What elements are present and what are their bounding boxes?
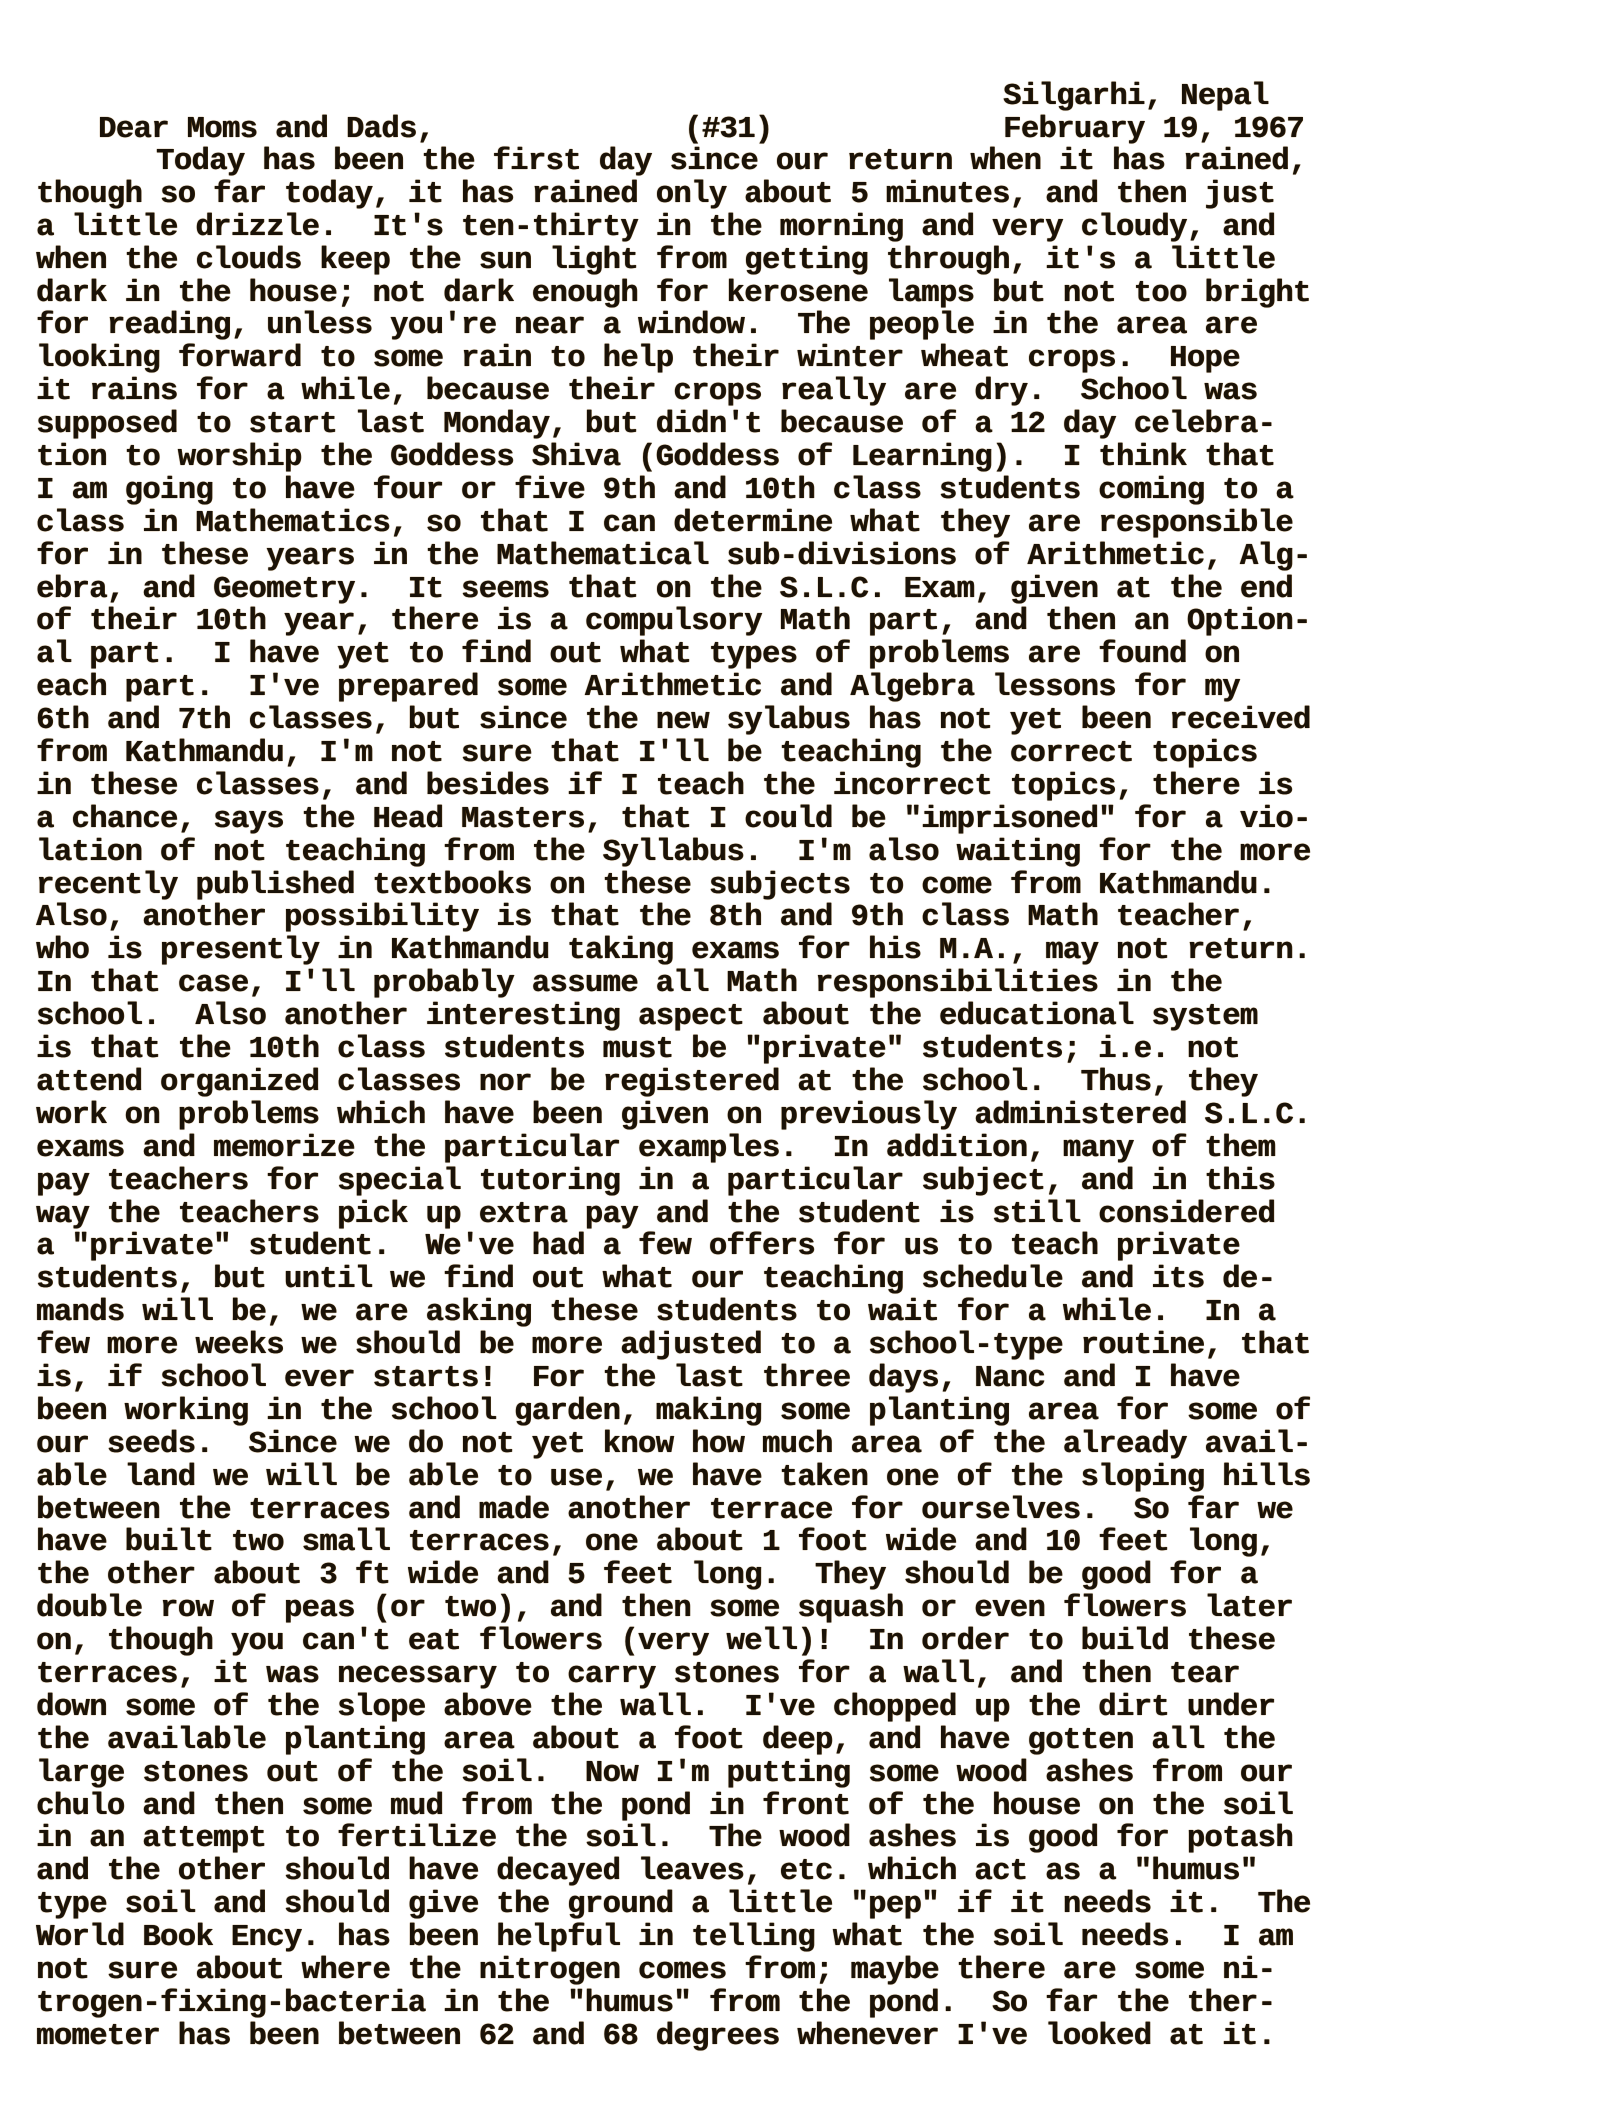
letter-line: ebra, and Geometry. It seems that on the… [36, 574, 1311, 607]
letter-line: mands will be, we are asking these stude… [36, 1297, 1311, 1330]
letter-line: attend organized classes nor be register… [36, 1067, 1311, 1100]
letter-line: work on problems which have been given o… [36, 1100, 1311, 1133]
letter-line: been working in the school garden, makin… [36, 1396, 1311, 1429]
letter-line: of their 10th year, there is a compulsor… [36, 606, 1311, 639]
letter-line: our seeds. Since we do not yet know how … [36, 1429, 1311, 1462]
letter-line: for in these years in the Mathematical s… [36, 541, 1311, 574]
letter-line: though so far today, it has rained only … [36, 179, 1311, 212]
letter-line: chulo and then some mud from the pond in… [36, 1791, 1311, 1824]
letter-line: able land we will be able to use, we hav… [36, 1462, 1311, 1495]
letter-line: when the clouds keep the sun light from … [36, 245, 1311, 278]
letter-line: down some of the slope above the wall. I… [36, 1692, 1311, 1725]
letter-line: a little drizzle. It's ten-thirty in the… [36, 212, 1311, 245]
letter-line: dark in the house; not dark enough for k… [36, 278, 1311, 311]
letter-line: terraces, it was necessary to carry ston… [36, 1659, 1311, 1692]
letter-line: class in Mathematics, so that I can dete… [36, 508, 1311, 541]
letter-line: each part. I've prepared some Arithmetic… [36, 672, 1311, 705]
letter-line: mometer has been between 62 and 68 degre… [36, 2021, 1311, 2054]
letter-line: trogen-fixing-bacteria in the "humus" fr… [36, 1988, 1311, 2021]
letter-line: looking forward to some rain to help the… [36, 343, 1311, 376]
salutation: Dear Moms and Dads, [98, 113, 434, 147]
letter-line: in an attempt to fertilize the soil. The… [36, 1823, 1311, 1856]
letter-line: it rains for a while, because their crop… [36, 376, 1311, 409]
letter-line: 6th and 7th classes, but since the new s… [36, 705, 1311, 738]
letter-line: lation of not teaching from the Syllabus… [36, 837, 1311, 870]
letter-line: school. Also another interesting aspect … [36, 1001, 1311, 1034]
letter-line: supposed to start last Monday, but didn'… [36, 409, 1311, 442]
letter-body: Today has been the first day since our r… [36, 146, 1311, 2054]
letter-line: a chance, says the Head Masters, that I … [36, 804, 1311, 837]
letter-line: for reading, unless you're near a window… [36, 310, 1311, 343]
letter-line: World Book Ency. has been helpful in tel… [36, 1922, 1311, 1955]
letter-line: In that case, I'll probably assume all M… [36, 968, 1311, 1001]
letter-line: al part. I have yet to find out what typ… [36, 639, 1311, 672]
letter-line: I am going to have four or five 9th and … [36, 475, 1311, 508]
letter-line: is, if school ever starts! For the last … [36, 1363, 1311, 1396]
letter-line: Today has been the first day since our r… [36, 146, 1311, 179]
letter-line: from Kathmandu, I'm not sure that I'll b… [36, 738, 1311, 771]
letter-line: pay teachers for special tutoring in a p… [36, 1166, 1311, 1199]
letter-line: who is presently in Kathmandu taking exa… [36, 935, 1311, 968]
letter-number: (#31) [684, 113, 773, 147]
letter-line: Also, another possibility is that the 8t… [36, 902, 1311, 935]
letter-line: type soil and should give the ground a l… [36, 1889, 1311, 1922]
letter-line: double row of peas (or two), and then so… [36, 1593, 1311, 1626]
letter-line: a "private" student. We've had a few off… [36, 1231, 1311, 1264]
letter-line: between the terraces and made another te… [36, 1495, 1311, 1528]
letter-line: is that the 10th class students must be … [36, 1034, 1311, 1067]
letter-line: and the other should have decayed leaves… [36, 1856, 1311, 1889]
letter-date: February 19, 1967 [1003, 113, 1304, 147]
letter-line: few more weeks we should be more adjuste… [36, 1330, 1311, 1363]
letter-line: large stones out of the soil. Now I'm pu… [36, 1758, 1311, 1791]
letter-line: have built two small terraces, one about… [36, 1527, 1311, 1560]
letter-line: not sure about where the nitrogen comes … [36, 1955, 1311, 1988]
letter-line: the available planting area about a foot… [36, 1725, 1311, 1758]
letter-line: way the teachers pick up extra pay and t… [36, 1199, 1311, 1232]
letter-line: students, but until we find out what our… [36, 1264, 1311, 1297]
letter-line: tion to worship the Goddess Shiva (Godde… [36, 442, 1311, 475]
letter-place: Silgarhi, Nepal [1003, 80, 1269, 114]
letter-line: recently published textbooks on these su… [36, 870, 1311, 903]
letter-line: on, though you can't eat flowers (very w… [36, 1626, 1311, 1659]
letter-line: the other about 3 ft wide and 5 feet lon… [36, 1560, 1311, 1593]
letter-page: Silgarhi, Nepal Dear Moms and Dads, (#31… [0, 0, 1607, 2108]
letter-line: in these classes, and besides if I teach… [36, 771, 1311, 804]
letter-line: exams and memorize the particular exampl… [36, 1133, 1311, 1166]
